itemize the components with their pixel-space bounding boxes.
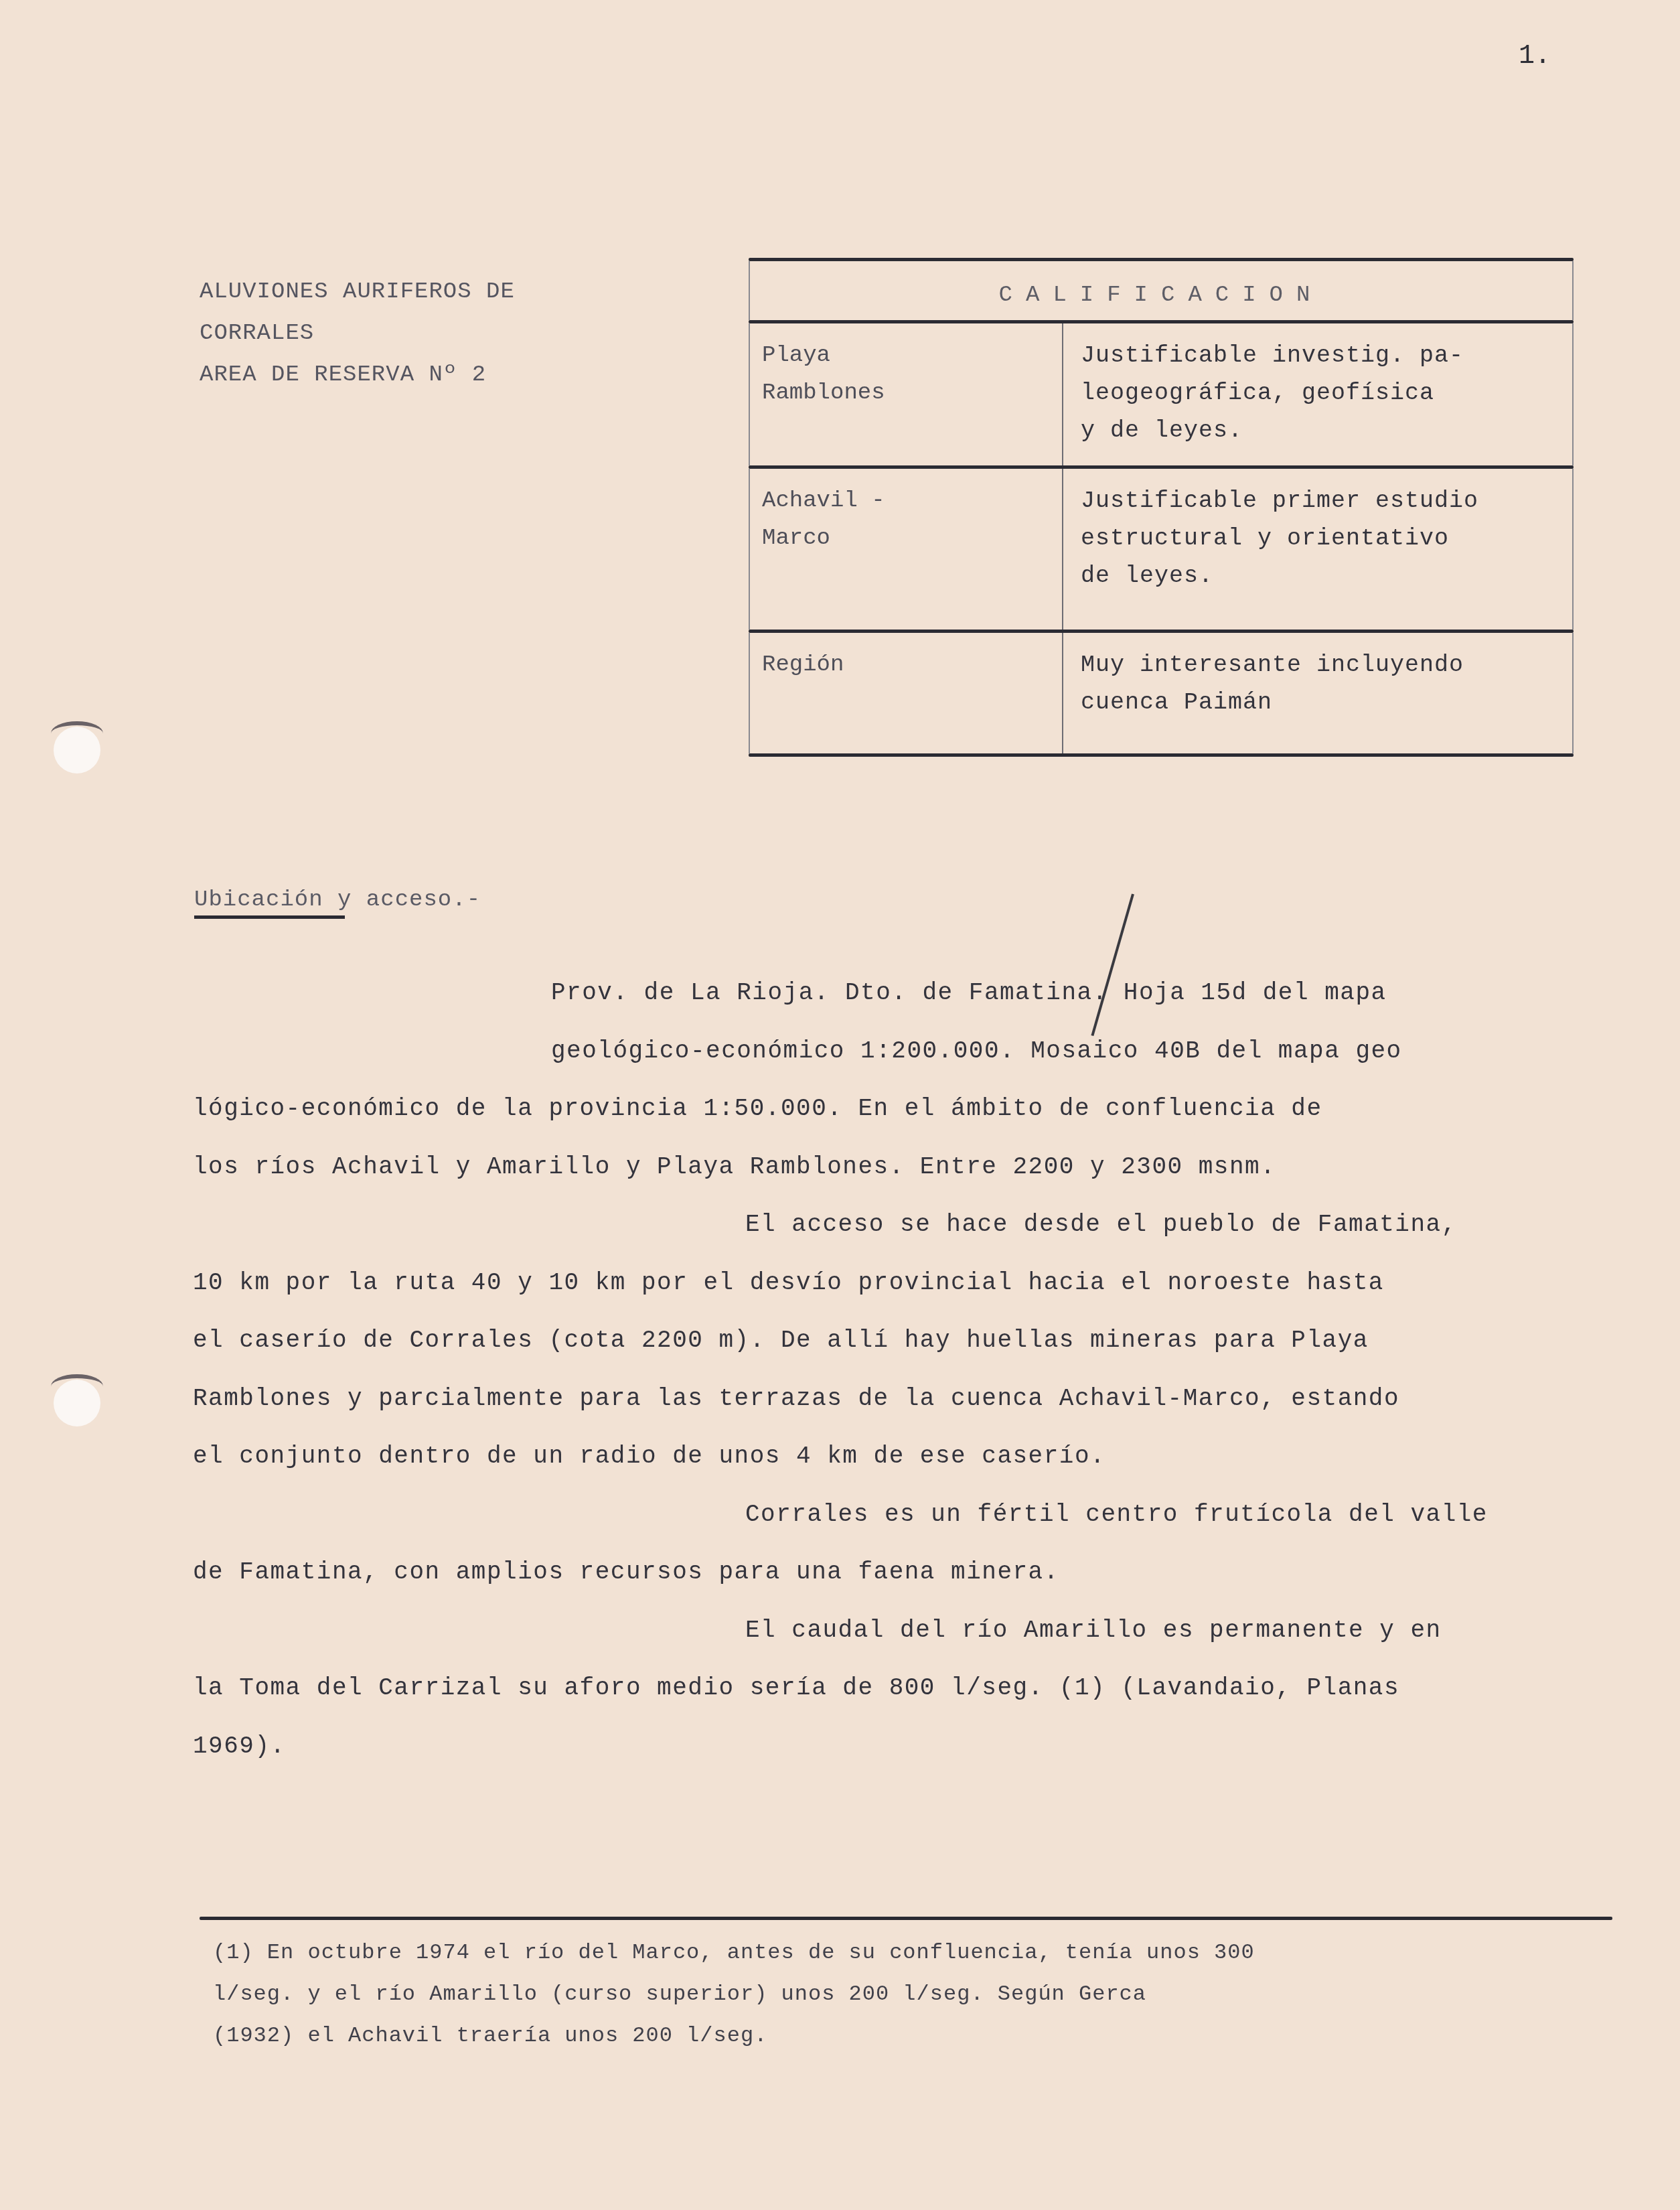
table-row: Región Muy interesante incluyendo cuenca… (749, 633, 1574, 753)
footnote: (1) En octubre 1974 el río del Marco, an… (213, 1932, 1619, 2057)
paragraph-line: la Toma del Carrizal su aforo medio serí… (193, 1660, 1619, 1718)
row-description: Justificable primer estudio estructural … (1063, 469, 1572, 630)
paragraph-line: El acceso se hace desde el pueblo de Fam… (193, 1196, 1619, 1254)
row-name: Región (750, 633, 1063, 753)
paragraph-line: 1969). (193, 1718, 1619, 1776)
paragraph-line: Corrales es un fértil centro frutícola d… (193, 1486, 1619, 1544)
footnote-line: (1932) el Achavil traería unos 200 l/seg… (213, 2015, 1619, 2057)
paragraph-line: 10 km por la ruta 40 y 10 km por el desv… (193, 1254, 1619, 1313)
table-rule (749, 753, 1574, 757)
header-title-line: CORRALES (200, 313, 515, 354)
section-heading: Ubicación y acceso.- (194, 887, 481, 919)
footnote-line: (1) En octubre 1974 el río del Marco, an… (213, 1932, 1619, 1974)
paragraph-line: geológico-económico 1:200.000. Mosaico 4… (193, 1023, 1619, 1081)
body-text: Prov. de La Rioja. Dto. de Famatina. Hoj… (193, 964, 1619, 1775)
paragraph-line: el caserío de Corrales (cota 2200 m). De… (193, 1312, 1619, 1370)
page-number: 1. (1519, 42, 1551, 72)
punch-hole-icon (54, 727, 100, 773)
paragraph-line: los ríos Achavil y Amarillo y Playa Ramb… (193, 1138, 1619, 1197)
row-description: Justificable investig. pa- leogeográfica… (1063, 323, 1572, 465)
header-area-line: AREA DE RESERVA Nº 2 (200, 354, 515, 396)
header-title-line: ALUVIONES AURIFEROS DE (200, 271, 515, 313)
heading-underline (194, 915, 345, 919)
row-description: Muy interesante incluyendo cuenca Paimán (1063, 633, 1572, 753)
punch-hole-icon (54, 1380, 100, 1426)
paragraph-line: Ramblones y parcialmente para las terraz… (193, 1370, 1619, 1428)
table-row: Playa Ramblones Justificable investig. p… (749, 323, 1574, 465)
paragraph-line: el conjunto dentro de un radio de unos 4… (193, 1428, 1619, 1486)
footnote-line: l/seg. y el río Amarillo (curso superior… (213, 1974, 1619, 2015)
row-name: Achavil - Marco (750, 469, 1063, 630)
paragraph-line: El caudal del río Amarillo es permanente… (193, 1602, 1619, 1660)
document-header: ALUVIONES AURIFEROS DE CORRALES AREA DE … (200, 271, 515, 396)
table-title: CALIFICACION (749, 261, 1574, 320)
row-name: Playa Ramblones (750, 323, 1063, 465)
paragraph-line: de Famatina, con amplios recursos para u… (193, 1544, 1619, 1602)
section-heading-text: Ubicación y acceso.- (194, 887, 481, 913)
paragraph-line: Prov. de La Rioja. Dto. de Famatina. Hoj… (193, 964, 1619, 1023)
footnote-separator (200, 1917, 1612, 1920)
table-row: Achavil - Marco Justificable primer estu… (749, 469, 1574, 630)
calificacion-table: CALIFICACION Playa Ramblones Justificabl… (749, 258, 1574, 757)
paragraph-line: lógico-económico de la provincia 1:50.00… (193, 1080, 1619, 1138)
